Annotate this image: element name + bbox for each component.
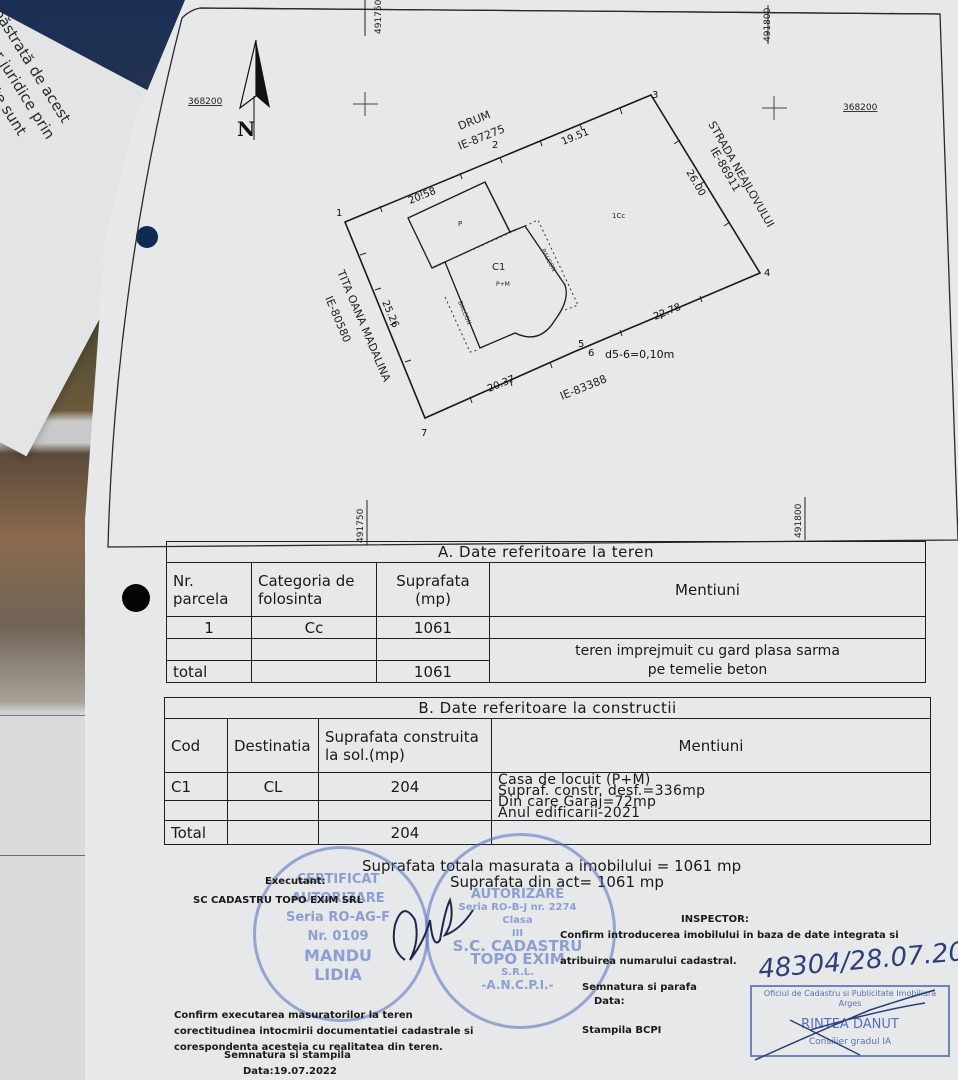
col-header-suprafata: Suprafata (mp) (377, 563, 490, 617)
inspector-title: INSPECTOR: (681, 914, 749, 925)
cell-suprafata: 204 (319, 773, 492, 801)
inspector-confirm-line: Confirm introducerea imobilului in baza … (560, 930, 899, 941)
cell-empty (319, 801, 492, 821)
inspector-date-label: Data: (594, 996, 625, 1007)
stamp-line: -A.N.C.P.I.- (430, 979, 605, 992)
executant-label: Executant: (265, 876, 326, 887)
background-sheet-line (0, 855, 90, 856)
cell-categoria (252, 639, 377, 661)
cell-empty (228, 821, 319, 845)
executant-confirmation: Confirm executarea masuratorilor la tere… (174, 1008, 473, 1056)
cell-categoria: Cc (252, 617, 377, 639)
cell-mentiuni: teren imprejmuit cu gard plasa sarma pe … (490, 639, 926, 683)
total-value: 204 (319, 821, 492, 845)
cell-mentiuni (490, 617, 926, 639)
cell-empty (165, 801, 228, 821)
inspector-signature-label: Semnatura si parafa (582, 982, 697, 993)
cell-nr (167, 639, 252, 661)
cell-mentiuni: Casa de locuit (P+M) Supraf. constr. des… (492, 773, 931, 821)
cell-suprafata (377, 639, 490, 661)
col-header-mentiuni: Mentiuni (490, 563, 926, 617)
inspector-confirm-line: atribuirea numarului cadastral. (560, 956, 737, 967)
total-label: total (167, 661, 252, 683)
executant-company: SC CADASTRU TOPO EXIM SRL (193, 895, 363, 906)
cell-empty (252, 661, 377, 683)
executant-date: Data:19.07.2022 (243, 1066, 337, 1077)
punch-hole (122, 584, 150, 612)
background-sheet-strip (0, 715, 90, 1080)
table-land-data: A. Date referitoare la teren Nr. parcela… (166, 541, 926, 683)
cell-destinatia: CL (228, 773, 319, 801)
col-header-destinatia: Destinatia (228, 719, 319, 773)
signature-inspector (750, 985, 958, 1065)
table-row: 1 Cc 1061 (167, 617, 926, 639)
table-b-title: B. Date referitoare la constructii (165, 698, 931, 719)
table-row: C1 CL 204 Casa de locuit (P+M) Supraf. c… (165, 773, 931, 801)
bcpi-stamp-label: Stampila BCPI (582, 1025, 661, 1036)
confirm-line: Confirm executarea masuratorilor la tere… (174, 1008, 473, 1024)
col-header-nr-parcela: Nr. parcela (167, 563, 252, 617)
table-construction-data: B. Date referitoare la constructii Cod D… (164, 697, 931, 845)
mentiuni-line: pe temelie beton (496, 661, 919, 680)
cell-nr: 1 (167, 617, 252, 639)
signature-executant (385, 880, 475, 975)
cell-empty (228, 801, 319, 821)
executant-signature-label: Semnatura si stampila (224, 1050, 351, 1061)
col-header-mentiuni: Mentiuni (492, 719, 931, 773)
table-row: teren imprejmuit cu gard plasa sarma pe … (167, 639, 926, 661)
mentiuni-line: teren imprejmuit cu gard plasa sarma (496, 642, 919, 661)
punch-hole (136, 226, 158, 248)
total-label: Total (165, 821, 228, 845)
col-header-cod: Cod (165, 719, 228, 773)
mentiuni-line: Anul edificarii-2021 (498, 808, 924, 819)
total-value: 1061 (377, 661, 490, 683)
col-header-suprafata-construita: Suprafata construita la sol.(mp) (319, 719, 492, 773)
cell-suprafata: 1061 (377, 617, 490, 639)
col-header-categoria: Categoria de folosinta (252, 563, 377, 617)
table-a-title: A. Date referitoare la teren (167, 542, 926, 563)
confirm-line: corectitudinea intocmirii documentatiei … (174, 1024, 473, 1040)
cell-cod: C1 (165, 773, 228, 801)
